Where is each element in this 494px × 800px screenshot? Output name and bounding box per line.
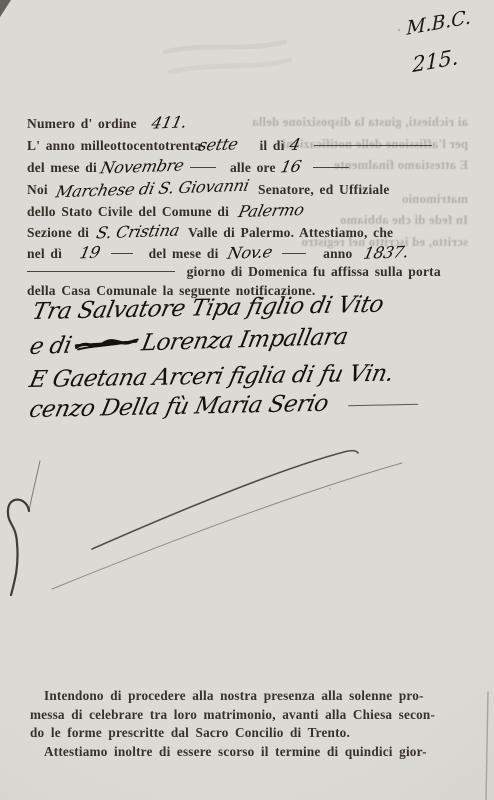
sezione-label: Sezione di bbox=[27, 225, 89, 240]
form-line-stato: dello Stato Civile del Comune di Palermo bbox=[27, 201, 303, 220]
entry-line-4: cenzo Della fù Maria Serio bbox=[27, 389, 421, 423]
ore-handwritten: 16 bbox=[279, 157, 303, 177]
sezione-handwritten: S. Cristina bbox=[94, 221, 181, 243]
sweeping-stroke-faint bbox=[52, 463, 402, 589]
ufficiale-name-handwritten: Marchese di S. Giovanni bbox=[55, 176, 252, 202]
form-line-mese: del mese di Novembre alle ore 16 bbox=[27, 157, 349, 176]
entry-line-4-text: cenzo Della fù Maria Serio bbox=[27, 391, 331, 423]
anno2-handwritten: 1837. bbox=[362, 242, 411, 263]
blank-rule bbox=[282, 253, 306, 254]
left-flourish-loop bbox=[8, 500, 29, 595]
neldi-handwritten: 19 bbox=[78, 243, 102, 263]
ore-label: alle ore bbox=[230, 160, 276, 175]
entry-end-dash bbox=[348, 404, 418, 407]
numero-label: Numero d' ordine bbox=[27, 116, 137, 131]
form-line-numero: Numero d' ordine 411. bbox=[27, 113, 187, 132]
anno-label: L' anno milleottocentotrenta bbox=[27, 138, 201, 153]
form-line-anno: L' anno milleottocentotrentasette il dì … bbox=[27, 135, 432, 154]
corner-mark bbox=[0, 0, 11, 17]
comune-handwritten: Palermo bbox=[236, 200, 305, 221]
left-flourish-hairline bbox=[29, 461, 40, 511]
annotation-initials: M.B.C. bbox=[406, 6, 470, 40]
document-page: ai richiesti, giusta la disposizione del… bbox=[0, 0, 494, 800]
entry-line-2: e diLorenza Impallara bbox=[27, 324, 350, 362]
bleedthrough-line: ai richiesti, giusta la disposizione del… bbox=[248, 112, 468, 134]
neldi-label: nel dì bbox=[27, 246, 62, 261]
ildi-handwritten: 4 bbox=[288, 135, 302, 154]
mese-label: del mese di bbox=[27, 160, 97, 175]
form-line-giorno: giorno di Domenica fu affissa sulla port… bbox=[27, 264, 441, 280]
blank-rule bbox=[314, 145, 432, 146]
blank-rule bbox=[111, 253, 133, 254]
giorno-text: giorno di Domenica fu affissa sulla port… bbox=[187, 264, 441, 279]
valle-label: Valle di Palermo. Attestiamo, che bbox=[188, 225, 393, 240]
entry-line-2-post: Lorenza Impallara bbox=[139, 324, 350, 357]
numero-value-handwritten: 411. bbox=[150, 112, 189, 132]
annotation-number: 215. bbox=[412, 45, 458, 77]
form-line-noi: Noi Marchese di S. Giovanni Senatore, ed… bbox=[27, 179, 390, 198]
mese2-handwritten: Nov.e bbox=[226, 242, 274, 263]
paragraph-line: Attestiamo inoltre di essere scorso il t… bbox=[30, 743, 458, 762]
blank-rule bbox=[313, 167, 349, 168]
senatore-label: Senatore, ed Uffiziale bbox=[258, 182, 390, 197]
blank-rule bbox=[190, 167, 216, 168]
form-line-sezione: Sezione di S. Cristina Valle di Palermo.… bbox=[27, 222, 393, 241]
sweeping-stroke-dark bbox=[92, 451, 358, 549]
mese-handwritten: Novembre bbox=[98, 156, 185, 178]
blank-rule bbox=[27, 271, 175, 272]
struck-out-word bbox=[71, 332, 142, 360]
anno-handwritten: sette bbox=[197, 134, 240, 154]
ildi-label: il dì bbox=[259, 138, 284, 153]
form-line-neldi: nel dì 19 del mese di Nov.e anno 1837. bbox=[27, 243, 408, 262]
bottom-paragraph: Intendono di procedere alla nostra prese… bbox=[30, 687, 458, 761]
mese2-label: del mese di bbox=[149, 246, 219, 261]
entry-line-3: E Gaetana Arceri figlia di fu Vin. bbox=[27, 361, 396, 393]
paragraph-line: do le forme prescritte dal Sacro Concili… bbox=[30, 724, 458, 743]
stato-label: dello Stato Civile del Comune di bbox=[27, 204, 229, 219]
noi-label: Noi bbox=[27, 182, 48, 197]
anno2-label: anno bbox=[323, 246, 352, 261]
entry-line-2-pre: e di bbox=[27, 333, 73, 360]
paragraph-line: messa di celebrare tra loro matrimonio, … bbox=[30, 706, 458, 725]
right-edge-line bbox=[486, 692, 488, 800]
paragraph-line: Intendono di procedere alla nostra prese… bbox=[30, 687, 458, 706]
